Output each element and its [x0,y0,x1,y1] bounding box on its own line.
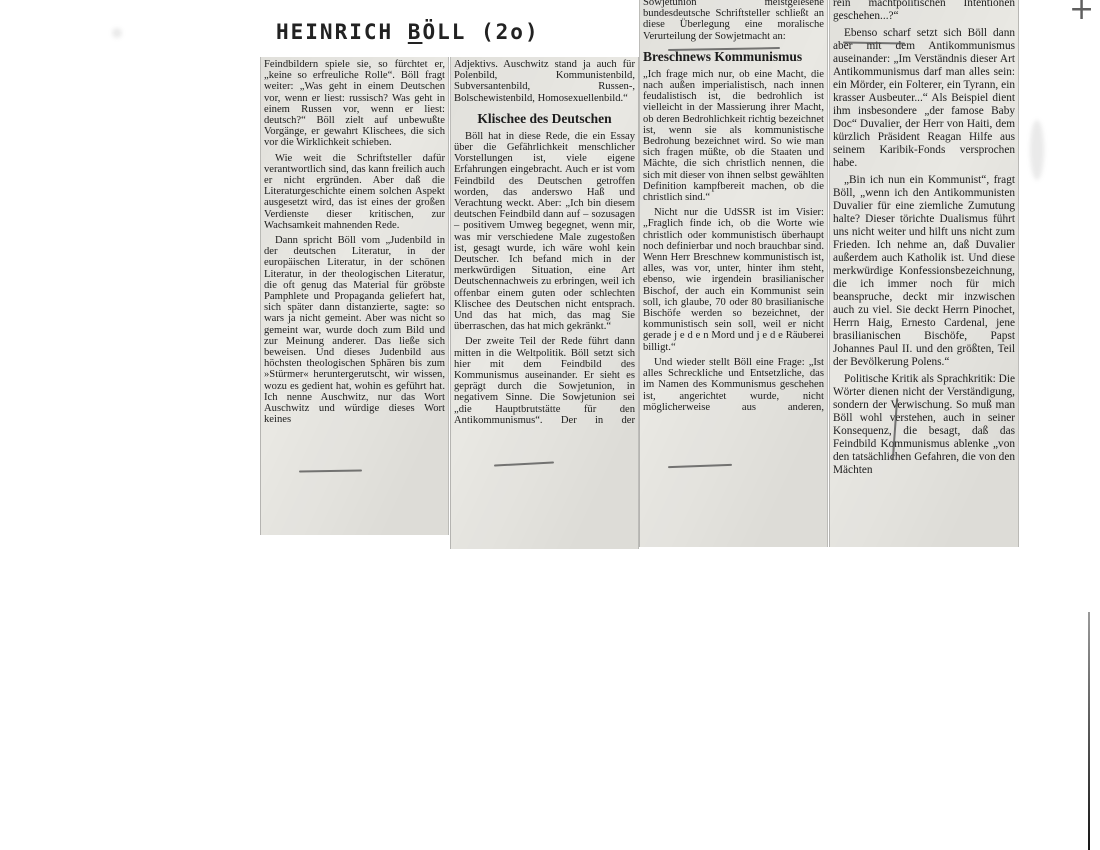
scan-edge-line [1088,612,1090,850]
article-paragraph: Nicht nur die UdSSR ist im Visier: „Frag… [643,207,824,353]
article-column-4: rein machtpolitischen Intentionen gesche… [829,0,1019,547]
section-heading-breschnews-kommunismus: Breschnews Kommunismus [643,49,824,64]
page-title-part2: ÖLL (2o) [422,20,539,44]
article-paragraph: „Ich frage mich nur, ob eine Macht, die … [643,69,824,203]
scan-smudge [112,28,122,38]
article-paragraph: Politische Kritik als Sprachkritik: Die … [833,373,1015,477]
article-column-2: Adjektivs. Auschwitz stand ja auch für P… [450,57,639,549]
page-title: HEINRICH BÖLL (2o) [276,20,540,44]
article-paragraph: Und wieder stellt Böll eine Frage: „Ist … [643,357,824,413]
article-paragraph: Feindbildern spiele sie, so fürchtet er,… [264,59,445,149]
article-column-3: Sowjetunion meistgelesene bundesdeutsche… [639,0,828,547]
article-paragraph: Böll hat in diese Rede, die ein Essay üb… [454,131,635,333]
scanned-newspaper-page: HEINRICH BÖLL (2o) + Feindbildern spiele… [0,0,1100,850]
article-paragraph: Adjektivs. Auschwitz stand ja auch für P… [454,59,635,104]
article-paragraph: rein machtpolitischen Intentionen gesche… [833,0,1015,23]
registration-plus-mark: + [1069,0,1094,27]
section-heading-klischee-des-deutschen: Klischee des Deutschen [454,111,635,126]
article-paragraph: Sowjetunion meistgelesene bundesdeutsche… [643,0,824,42]
article-column-1: Feindbildern spiele sie, so fürchtet er,… [260,57,449,535]
page-title-underlined-letter: B [408,20,423,44]
page-title-part1: HEINRICH [276,20,408,44]
article-paragraph: Wie weit die Schriftsteller dafür verant… [264,153,445,231]
article-paragraph: Der zweite Teil der Rede führt dann mitt… [454,336,635,426]
article-paragraph: Dann spricht Böll vom „Judenbild in der … [264,235,445,425]
article-paragraph: „Bin ich nun ein Kommunist“, fragt Böll,… [833,174,1015,369]
article-paragraph: Ebenso scharf setzt sich Böll dann aber … [833,27,1015,170]
scan-smudge [1030,120,1044,180]
